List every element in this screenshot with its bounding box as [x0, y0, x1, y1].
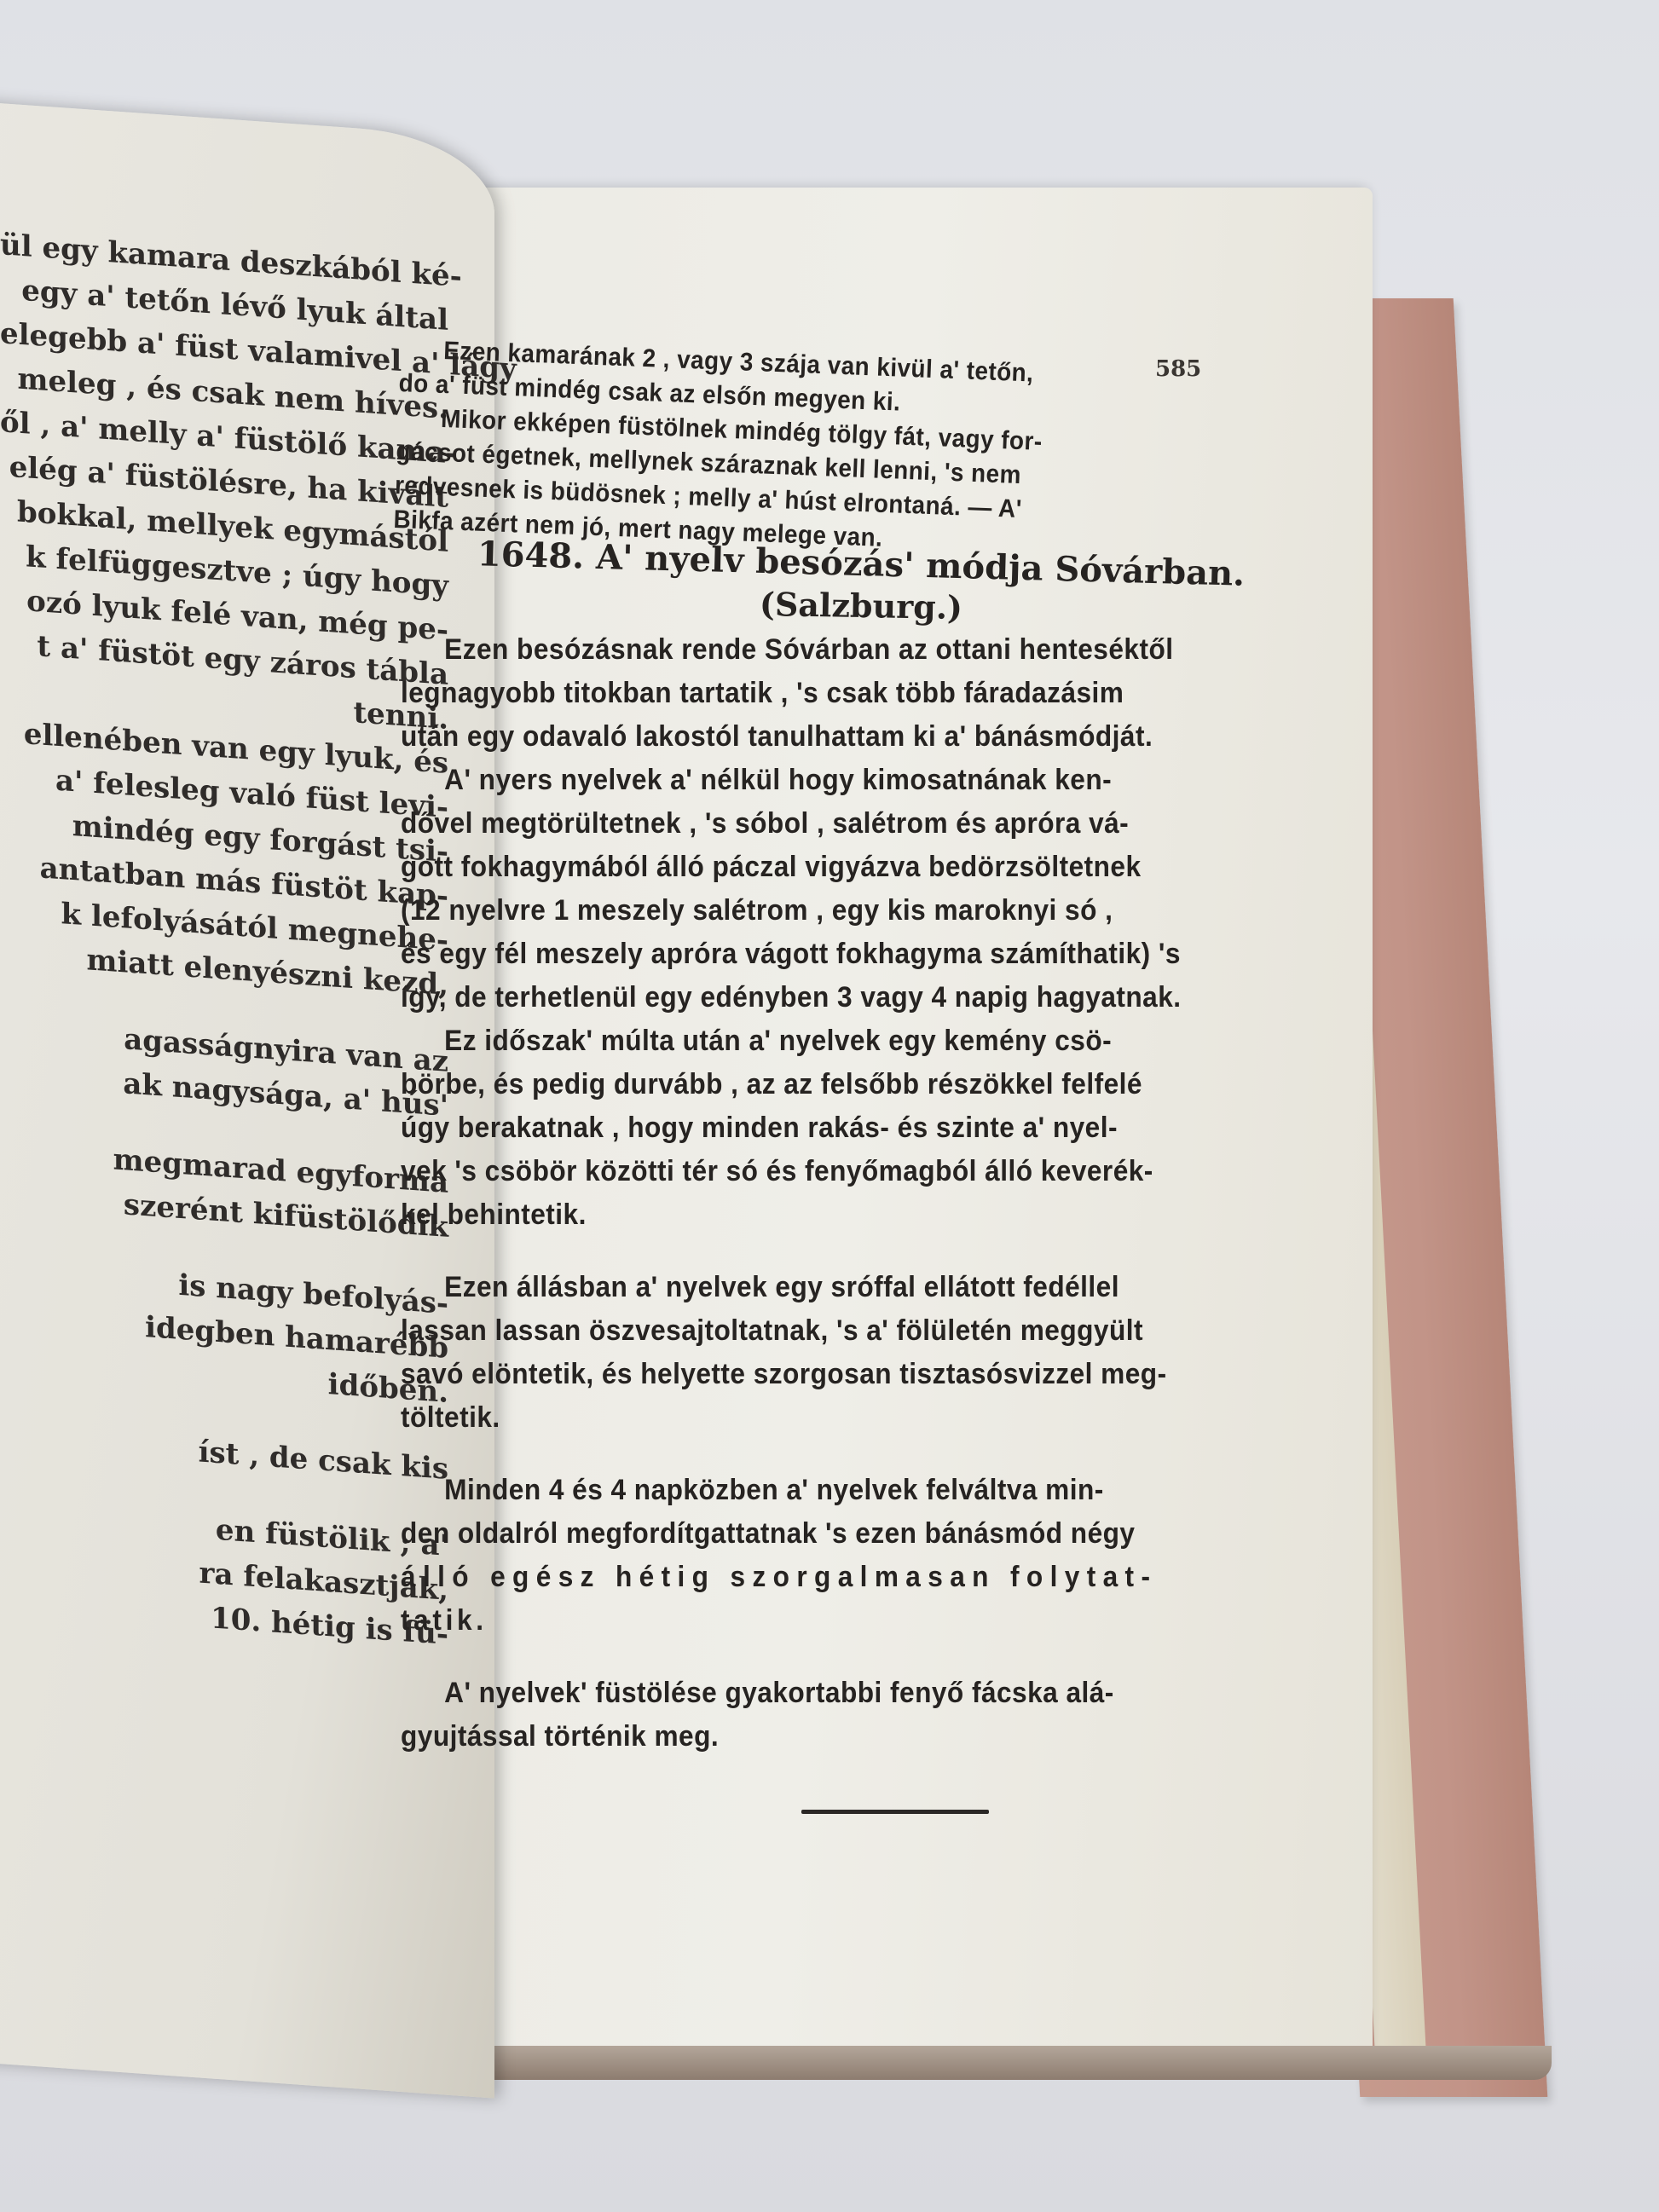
- paragraph: Ezen állásban a' nyelvek egy sróffal ell…: [401, 1266, 1257, 1440]
- text-line: így, de terhetlenül egy edényben 3 vagy …: [401, 976, 1257, 1019]
- text-line: den oldalról megfordítgattatnak 's ezen …: [401, 1512, 1257, 1556]
- text-line: börbe, és pedig durvább , az az felsőbb …: [401, 1063, 1257, 1106]
- section-end-rule: [801, 1810, 989, 1814]
- text-line: után egy odavaló lakostól tanulhattam ki…: [401, 715, 1257, 759]
- left-page-text: ül egy kamara deszkából ké- egy a' tetőn…: [0, 222, 460, 1658]
- text-line: A' nyelvek' füstölése gyakortabbi fenyő …: [401, 1672, 1257, 1715]
- text-line: vek 's csöbör közötti tér só és fenyőmag…: [401, 1150, 1257, 1193]
- text-line: Ezen állásban a' nyelvek egy sróffal ell…: [401, 1266, 1257, 1309]
- paragraph: Minden 4 és 4 napközben a' nyelvek felvá…: [401, 1469, 1257, 1643]
- text-line: gott fokhagymából álló páczal vigyázva b…: [401, 846, 1257, 889]
- text-line: dővel megtörültetnek , 's sóbol , salétr…: [401, 802, 1257, 846]
- text-line: és egy fél meszely apróra vágott fokhagy…: [401, 933, 1257, 976]
- text-line: úgy berakatnak , hogy minden rakás- és s…: [401, 1106, 1257, 1150]
- text-line: kel behintetik.: [401, 1193, 1257, 1237]
- photo-scene: ül egy kamara deszkából ké- egy a' tetőn…: [0, 0, 1659, 2212]
- text-line: (12 nyelvre 1 meszely salétrom , egy kis…: [401, 889, 1257, 933]
- paragraph: A' nyelvek' füstölése gyakortabbi fenyő …: [401, 1672, 1257, 1759]
- text-line: savó elöntetik, és helyette szorgosan ti…: [401, 1353, 1257, 1396]
- text-line: Minden 4 és 4 napközben a' nyelvek felvá…: [401, 1469, 1257, 1512]
- text-line: A' nyers nyelvek a' nélkül hogy kimosatn…: [401, 759, 1257, 802]
- text-line: töltetik.: [401, 1396, 1257, 1440]
- text-line: tatik.: [401, 1599, 1257, 1643]
- right-page-body: Ezen kamarának 2 , vagy 3 szája van kivü…: [401, 332, 1321, 1814]
- text-line: lassan lassan öszvesajtoltatnak, 's a' f…: [401, 1309, 1257, 1353]
- text-line: gyujtással történik meg.: [401, 1715, 1257, 1759]
- text-line: álló egész hétig szorgalmasan folytat-: [401, 1556, 1257, 1599]
- text-line: Ezen besózásnak rende Sóvárban az ottani…: [401, 628, 1257, 672]
- text-line: legnagyobb titokban tartatik , 's csak t…: [401, 672, 1257, 715]
- paragraph: Ezen besózásnak rende Sóvárban az ottani…: [401, 628, 1257, 759]
- paragraph: Ez időszak' múlta után a' nyelvek egy ke…: [401, 1019, 1257, 1237]
- text-line: Ez időszak' múlta után a' nyelvek egy ke…: [401, 1019, 1257, 1063]
- paragraph: A' nyers nyelvek a' nélkül hogy kimosatn…: [401, 759, 1257, 1019]
